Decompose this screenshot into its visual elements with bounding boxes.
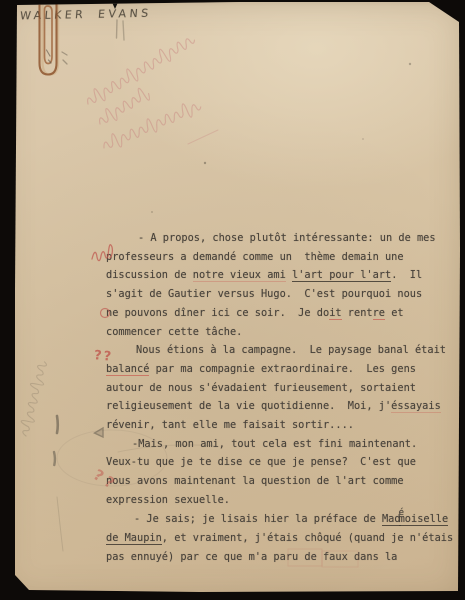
typed-line: révenir, tant elle me faisait sortir.... xyxy=(106,416,458,435)
margin-question-marks-1: ?? xyxy=(93,348,113,365)
typed-line: professeurs a demandé comme un thème dem… xyxy=(106,248,458,267)
typed-text-block: - A propos, chose plutôt intéressante: u… xyxy=(106,229,458,567)
typed-line: Veux-tu que je te dise ce que je pense? … xyxy=(106,453,458,472)
typed-line: ne pouvons dîner ici ce soir. Je doit re… xyxy=(106,304,458,323)
pencil-scribble xyxy=(13,360,54,437)
typed-line: balancé par ma compagnie extraordinaire.… xyxy=(106,360,458,379)
typed-line: commencer cette tâche. xyxy=(106,323,458,342)
scanned-page: WALKER EVANS - A propos, chose plutôt in… xyxy=(0,0,465,600)
typed-line: nous avons maintenant la question de l'a… xyxy=(106,472,458,491)
typed-line: pas ennuyé) par ce que m'a paru de faux … xyxy=(106,548,458,567)
typed-line: Nous étions à la campagne. Le paysage ba… xyxy=(106,341,458,360)
typed-line: expression sexuelle. xyxy=(106,491,458,510)
typed-line: autour de nous s'évadaient furieusement,… xyxy=(106,379,458,398)
paper-sheet: WALKER EVANS - A propos, chose plutôt in… xyxy=(0,0,465,600)
typed-line: -Mais, mon ami, tout cela est fini maint… xyxy=(106,435,458,454)
typed-line: de Maupin, et vraiment, j'étais chôqué (… xyxy=(106,529,458,548)
typed-line: s'agit de Gautier versus Hugo. C'est pou… xyxy=(106,285,458,304)
typed-line: - A propos, chose plutôt intéressante: u… xyxy=(106,229,458,248)
typed-line: religieusement de la vie quotidienne. Mo… xyxy=(106,397,458,416)
owner-inscription: WALKER EVANS xyxy=(19,7,152,23)
typed-line: discussion de notre vieux ami l'art pour… xyxy=(106,266,458,285)
handwritten-pink-inscription xyxy=(80,34,218,151)
typed-line: - Je sais; je lisais hier la préface de … xyxy=(106,510,458,530)
